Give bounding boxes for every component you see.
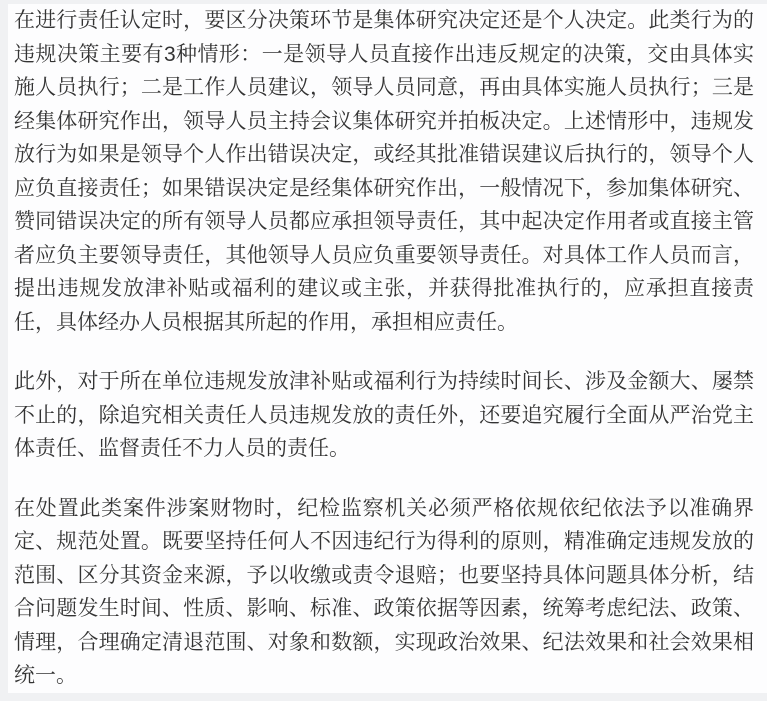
page-background: { "page": { "background_color": "#f0f1f3… xyxy=(0,0,767,701)
paragraph-responsibility-determination: 在进行责任认定时，要区分决策环节是集体研究决定还是个人决定。此类行为的违规决策主… xyxy=(14,4,754,339)
article-body: 在进行责任认定时，要区分决策环节是集体研究决定还是个人决定。此类行为的违规决策主… xyxy=(8,4,767,693)
paragraph-asset-disposal: 在处置此类案件涉案财物时，纪检监察机关必须严格依规依纪依法予以准确界定、规范处置… xyxy=(14,492,754,693)
paragraph-additional-accountability: 此外，对于所在单位违规发放津补贴或福利行为持续时间长、涉及金额大、屡禁不止的，除… xyxy=(14,365,754,466)
